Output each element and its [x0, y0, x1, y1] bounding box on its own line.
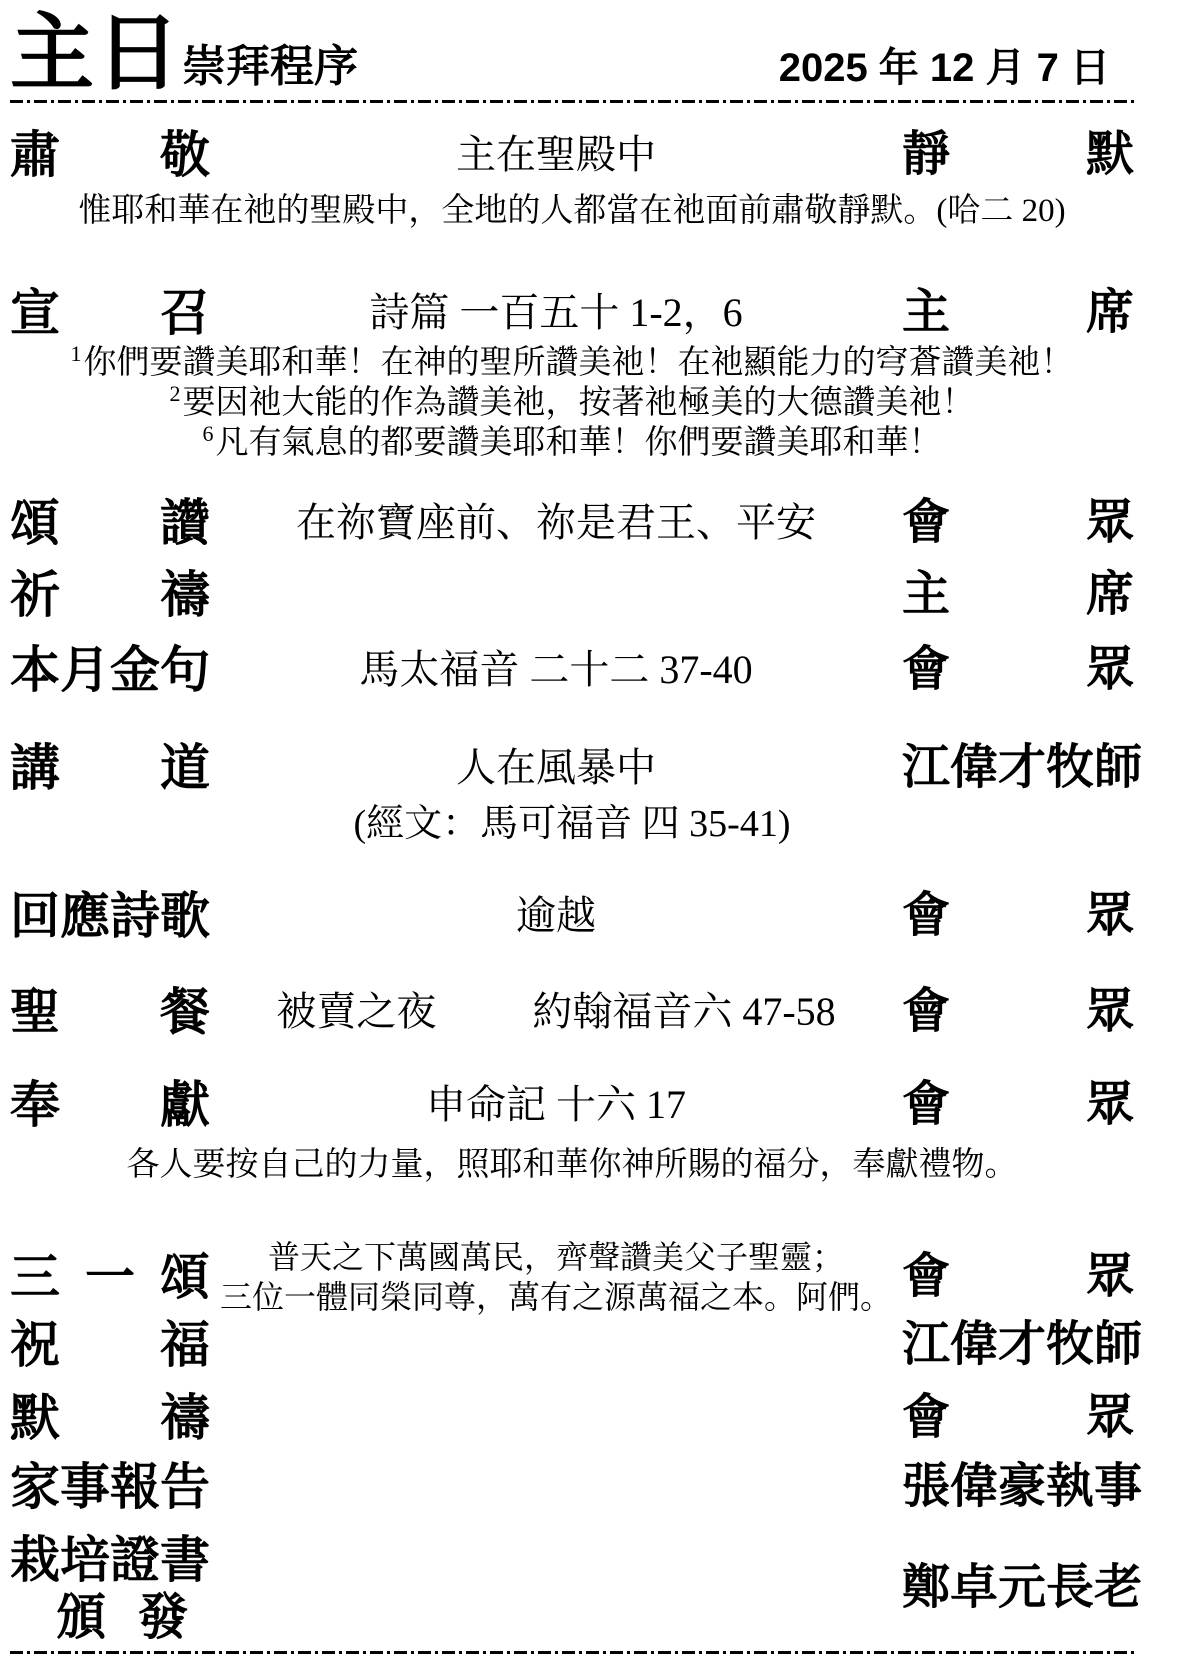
item-label: 祝福 [10, 1319, 210, 1372]
content-text: 馬太福音 二十二 37-40 [210, 648, 902, 692]
program-row-reverence: 肅敬 主在聖殿中 靜默 [10, 127, 1134, 183]
leader-label: 主席 [902, 570, 1134, 620]
leader-label: 主席 [902, 288, 1134, 338]
page-title-main: 主日 [10, 14, 182, 94]
item-label: 祈禱 [10, 569, 210, 622]
content-text: 被賣之夜 約翰福音六 47-58 [210, 990, 902, 1034]
offering-note: 各人要按自己的力量，照耶和華你神所賜的福分，奉獻禮物。 [10, 1145, 1134, 1185]
program-row-offering: 奉獻 申命記 十六 17 會眾 [10, 1077, 1134, 1133]
program-row-praise: 頌讚 在祢寶座前、祢是君王、平安 會眾 [10, 495, 1134, 551]
leader-label: 會眾 [902, 498, 1134, 548]
item-label-two-line: 栽培證書 頒發 [10, 1534, 210, 1643]
doxology-line: 三位一體同榮同尊，萬有之源萬福之本。阿們。 [216, 1277, 896, 1317]
divider-bottom [10, 1651, 1134, 1654]
program-row-certificate: 栽培證書 頒發 鄭卓元長老 [10, 1534, 1134, 1643]
leader-label: 鄭卓元長老 [902, 1563, 1134, 1613]
content-text: 詩篇 一百五十 1-2，6 [210, 291, 902, 335]
item-label: 默禱 [10, 1392, 210, 1445]
item-label: 回應詩歌 [10, 890, 210, 943]
program-row-sermon: 講道 人在風暴中 江偉才牧師 [10, 740, 1134, 796]
doxology-line: 普天之下萬國萬民，齊聲讚美父子聖靈； [216, 1237, 896, 1277]
content-text: 申命記 十六 17 [210, 1083, 902, 1127]
service-date: 2025 年 12 月 7 日 [779, 48, 1134, 94]
verse-line: 2要因祂大能的作為讚美祂，按著祂極美的大德讚美祂！ [10, 383, 1134, 423]
leader-label: 會眾 [902, 891, 1134, 941]
communion-song: 被賣之夜 [276, 990, 436, 1034]
doxology-text: 普天之下萬國萬民，齊聲讚美父子聖靈； 三位一體同榮同尊，萬有之源萬福之本。阿們。 [210, 1237, 902, 1317]
leader-label: 會眾 [902, 1393, 1134, 1443]
item-label: 家事報告 [10, 1461, 210, 1514]
divider-top [10, 100, 1134, 103]
psalm-verses: 1你們要讚美耶和華！在神的聖所讚美祂！在祂顯能力的穹蒼讚美祂！ 2要因祂大能的作… [10, 343, 1134, 463]
item-label-line1: 栽培證書 [10, 1534, 210, 1587]
verse-line: 6凡有氣息的都要讚美耶和華！你們要讚美耶和華！ [10, 423, 1134, 463]
scripture-note: 惟耶和華在祂的聖殿中，全地的人都當在祂面前肅敬靜默。(哈二 20) [10, 191, 1134, 231]
page-title-sub: 崇拜程序 [182, 45, 358, 94]
item-label: 奉獻 [10, 1079, 210, 1132]
item-label: 肅敬 [10, 129, 210, 182]
item-label-line2: 頒發 [56, 1591, 188, 1644]
item-label: 頌讚 [10, 497, 210, 550]
program-row-doxology: 三一頌 普天之下萬國萬民，齊聲讚美父子聖靈； 三位一體同榮同尊，萬有之源萬福之本… [10, 1237, 1134, 1317]
content-text: 在祢寶座前、祢是君王、平安 [210, 501, 902, 545]
item-label: 聖餐 [10, 986, 210, 1039]
program-row-silent-prayer: 默禱 會眾 [10, 1390, 1134, 1446]
item-label: 三一頌 [10, 1251, 210, 1304]
verse-line: 1你們要讚美耶和華！在神的聖所讚美祂！在祂顯能力的穹蒼讚美祂！ [10, 343, 1134, 383]
program-row-communion: 聖餐 被賣之夜 約翰福音六 47-58 會眾 [10, 984, 1134, 1040]
program-row-announcements: 家事報告 張偉豪執事 [10, 1459, 1134, 1515]
item-label: 宣召 [10, 287, 210, 340]
header: 主日 崇拜程序 2025 年 12 月 7 日 [10, 6, 1134, 94]
leader-label: 江偉才牧師 [902, 1320, 1134, 1370]
program-row-monthly-verse: 本月金句 馬太福音 二十二 37-40 會眾 [10, 642, 1134, 698]
leader-label: 靜默 [902, 130, 1134, 180]
leader-label: 會眾 [902, 645, 1134, 695]
program-row-prayer: 祈禱 主席 [10, 567, 1134, 623]
communion-scripture: 約翰福音六 47-58 [532, 990, 835, 1034]
worship-bulletin: 主日 崇拜程序 2025 年 12 月 7 日 肅敬 主在聖殿中 靜默 惟耶和華… [0, 0, 1184, 1668]
sermon-title: 人在風暴中 [210, 746, 902, 790]
program-row-benediction: 祝福 江偉才牧師 [10, 1317, 1134, 1373]
program-row-call: 宣召 詩篇 一百五十 1-2，6 主席 [10, 285, 1134, 341]
sermon-scripture-note: (經文：馬可福音 四 35-41) [10, 802, 1134, 846]
leader-label: 會眾 [902, 1252, 1134, 1302]
item-label: 本月金句 [10, 644, 210, 697]
leader-label: 江偉才牧師 [902, 743, 1134, 793]
leader-label: 會眾 [902, 987, 1134, 1037]
content-text: 逾越 [210, 894, 902, 938]
leader-label: 會眾 [902, 1080, 1134, 1130]
item-label: 講道 [10, 742, 210, 795]
program-row-response-hymn: 回應詩歌 逾越 會眾 [10, 888, 1134, 944]
content-text: 主在聖殿中 [210, 133, 902, 177]
leader-label: 張偉豪執事 [902, 1462, 1134, 1512]
